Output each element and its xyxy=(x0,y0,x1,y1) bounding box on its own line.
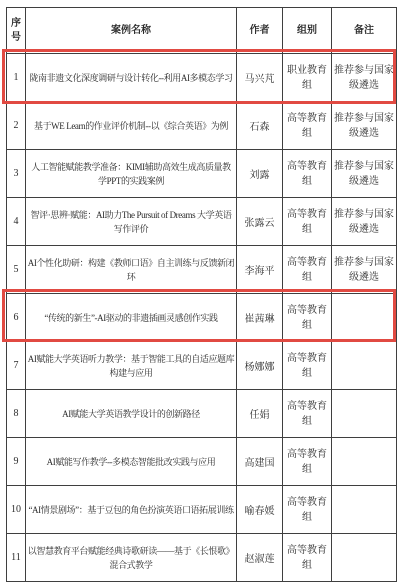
table-row: 7 AI赋能大学英语听力教学：基于智能工具的自适应题库构建与应用 杨娜娜 高等教… xyxy=(7,342,397,390)
author: 杨娜娜 xyxy=(237,342,283,390)
group: 高等教育组 xyxy=(283,150,332,198)
note xyxy=(332,486,397,534)
case-title: 基于WE Learn的作业评价机制--以《综合英语》为例 xyxy=(26,102,237,150)
row-number: 7 xyxy=(7,342,26,390)
note xyxy=(332,438,397,486)
case-title: AI赋能大学英语教学设计的创新路径 xyxy=(26,390,237,438)
group: 高等教育组 xyxy=(283,342,332,390)
author: 高建国 xyxy=(237,438,283,486)
row-number: 1 xyxy=(7,54,26,102)
note xyxy=(332,390,397,438)
case-title: “AI情景剧场”：基于豆包的角色扮演英语口语拓展训练 xyxy=(26,486,237,534)
header-cell-author: 作者 xyxy=(237,8,283,54)
case-title: AI个性化助研：构建《教师口语》自主训练与反馈新闭环 xyxy=(26,246,237,294)
author: 石森 xyxy=(237,102,283,150)
table-row: 11 以智慧教育平台赋能经典诗歌研读——基于《长恨歌》混合式教学 赵淑莲 高等教… xyxy=(7,534,397,582)
header-cell-note: 备注 xyxy=(332,8,397,54)
author: 马兴芃 xyxy=(237,54,283,102)
row-number: 3 xyxy=(7,150,26,198)
case-title: AI赋能写作教学--多模态智能批改实践与应用 xyxy=(26,438,237,486)
note xyxy=(332,534,397,582)
case-title: 陇南非遗文化深度调研与设计转化--利用AI多模态学习 xyxy=(26,54,237,102)
table-row: 6 “传统的新生”-AI驱动的非遗插画灵感创作实践 崔茜琳 高等教育组 xyxy=(7,294,397,342)
header-cell-group: 组别 xyxy=(283,8,332,54)
note: 推荐参与国家级遴选 xyxy=(332,198,397,246)
document-page: 序号 案例名称 作者 组别 备注 1 陇南非遗文化深度调研与设计转化--利用AI… xyxy=(0,0,400,588)
author: 李海平 xyxy=(237,246,283,294)
table-row: 1 陇南非遗文化深度调研与设计转化--利用AI多模态学习 马兴芃 职业教育组 推… xyxy=(7,54,397,102)
case-title: 以智慧教育平台赋能经典诗歌研读——基于《长恨歌》混合式教学 xyxy=(26,534,237,582)
header-cell-index: 序号 xyxy=(7,8,26,54)
row-number: 8 xyxy=(7,390,26,438)
row-number: 2 xyxy=(7,102,26,150)
case-title: “传统的新生”-AI驱动的非遗插画灵感创作实践 xyxy=(26,294,237,342)
group: 高等教育组 xyxy=(283,486,332,534)
note: 推荐参与国家级遴选 xyxy=(332,150,397,198)
author: 张露云 xyxy=(237,198,283,246)
row-number: 5 xyxy=(7,246,26,294)
note xyxy=(332,294,397,342)
row-number: 4 xyxy=(7,198,26,246)
group: 高等教育组 xyxy=(283,438,332,486)
author: 赵淑莲 xyxy=(237,534,283,582)
group: 高等教育组 xyxy=(283,246,332,294)
group: 高等教育组 xyxy=(283,198,332,246)
table-row: 3 人工智能赋能教学准备：KIMI辅助高效生成高质量教学PPT的实践案例 刘露 … xyxy=(7,150,397,198)
author: 任娟 xyxy=(237,390,283,438)
group: 高等教育组 xyxy=(283,294,332,342)
author: 崔茜琳 xyxy=(237,294,283,342)
note: 推荐参与国家级遴选 xyxy=(332,54,397,102)
author: 喻春媛 xyxy=(237,486,283,534)
table-row: 9 AI赋能写作教学--多模态智能批改实践与应用 高建国 高等教育组 xyxy=(7,438,397,486)
row-number: 6 xyxy=(7,294,26,342)
case-title: 智评·思辨·赋能：AI助力The Pursuit of Dreams 大学英语写… xyxy=(26,198,237,246)
row-number: 9 xyxy=(7,438,26,486)
group: 高等教育组 xyxy=(283,102,332,150)
table-row: 10 “AI情景剧场”：基于豆包的角色扮演英语口语拓展训练 喻春媛 高等教育组 xyxy=(7,486,397,534)
cases-table: 序号 案例名称 作者 组别 备注 1 陇南非遗文化深度调研与设计转化--利用AI… xyxy=(6,7,397,582)
case-title: 人工智能赋能教学准备：KIMI辅助高效生成高质量教学PPT的实践案例 xyxy=(26,150,237,198)
note: 推荐参与国家级遴选 xyxy=(332,246,397,294)
group: 职业教育组 xyxy=(283,54,332,102)
note: 推荐参与国家级遴选 xyxy=(332,102,397,150)
table-row: 8 AI赋能大学英语教学设计的创新路径 任娟 高等教育组 xyxy=(7,390,397,438)
table-row: 4 智评·思辨·赋能：AI助力The Pursuit of Dreams 大学英… xyxy=(7,198,397,246)
case-title: AI赋能大学英语听力教学：基于智能工具的自适应题库构建与应用 xyxy=(26,342,237,390)
author: 刘露 xyxy=(237,150,283,198)
group: 高等教育组 xyxy=(283,534,332,582)
header-cell-title: 案例名称 xyxy=(26,8,237,54)
table-row: 2 基于WE Learn的作业评价机制--以《综合英语》为例 石森 高等教育组 … xyxy=(7,102,397,150)
note xyxy=(332,342,397,390)
table-row: 5 AI个性化助研：构建《教师口语》自主训练与反馈新闭环 李海平 高等教育组 推… xyxy=(7,246,397,294)
group: 高等教育组 xyxy=(283,390,332,438)
row-number: 10 xyxy=(7,486,26,534)
header-row: 序号 案例名称 作者 组别 备注 xyxy=(7,8,397,54)
row-number: 11 xyxy=(7,534,26,582)
